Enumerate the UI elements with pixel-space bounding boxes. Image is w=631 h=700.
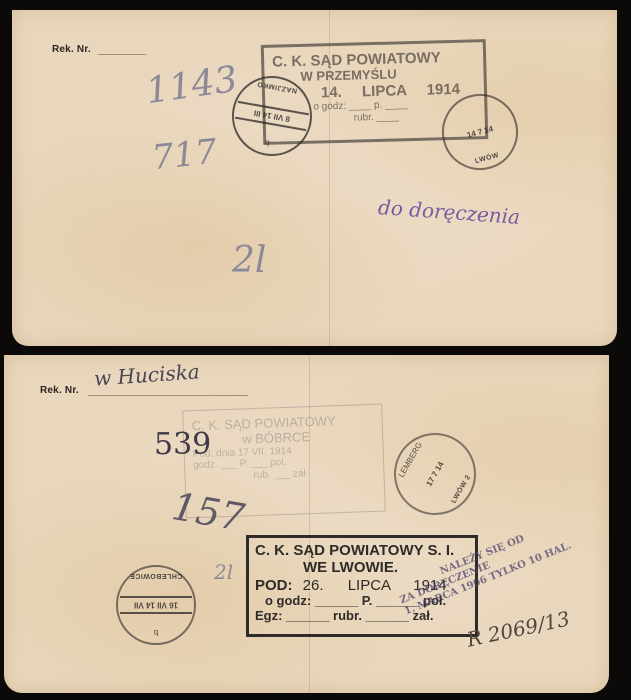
perforation-edge <box>12 7 617 12</box>
postmark-top-letter: b <box>229 132 305 154</box>
pencil-note-initial: 2l <box>214 560 233 584</box>
rek-nr-label: Rek. Nr. <box>40 385 79 396</box>
postmark-left-chlebowice: b 16 VII 14 VII CHLEBOWICE <box>116 565 196 645</box>
rek-nr-label: Rek. Nr. <box>52 44 91 55</box>
postmark-right-lwow: LEMBERG 17 7 14 LWÓW 2 <box>379 418 491 530</box>
court-stamp-line1: C. K. SĄD POWIATOWY S. I. <box>255 542 469 559</box>
ink-reference-number: R 2069/13 <box>465 606 572 651</box>
top-postal-slip: Rek. Nr. 1143 717 2l do doręczenia C. K.… <box>12 10 617 346</box>
perforation-edge <box>4 352 609 357</box>
court-stamp-day: 26. <box>303 577 324 594</box>
rek-nr-line <box>98 54 146 55</box>
postmark-date: 14 7 14 <box>444 118 516 145</box>
rek-nr-line <box>88 395 248 396</box>
postmark-date: 16 VII 14 VII <box>118 601 194 610</box>
court-stamp-month: LIPCA <box>362 82 407 100</box>
postmark-top-letter: b <box>118 628 194 637</box>
bottom-postal-slip: Rek. Nr. w Huciska C. K. SĄD POWIATOWY w… <box>4 355 609 693</box>
court-stamp-month: LIPCA <box>348 577 391 594</box>
ink-number-539: 539 <box>154 427 211 462</box>
ink-note-huciska: w Huciska <box>93 359 200 390</box>
postmark-place: CHLEBOWICE <box>118 572 194 579</box>
pencil-note-717: 717 <box>150 132 219 179</box>
court-stamp-day: 14. <box>321 84 342 102</box>
pencil-note-initial: 2l <box>232 240 266 281</box>
court-stamp-line5: Egz: ______ rubr. ______ zał. <box>255 609 469 624</box>
postmark-place: LWÓW <box>451 146 522 171</box>
pencil-note-1143: 1143 <box>144 59 240 112</box>
violet-ink-note: do doręczenia <box>377 195 521 229</box>
court-stamp-pod-label: POD: <box>255 577 293 594</box>
court-stamp-year: 1914 <box>426 81 460 99</box>
